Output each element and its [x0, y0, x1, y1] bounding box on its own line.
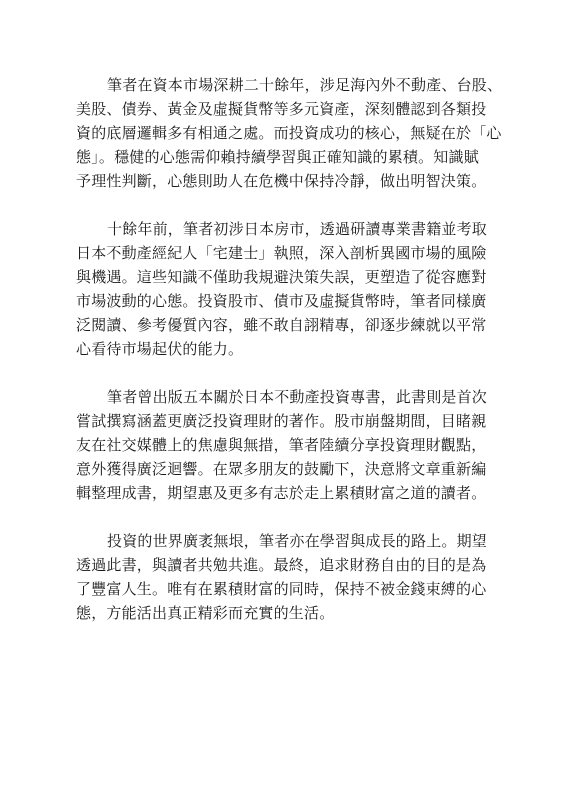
text-line: 態，方能活出真正精彩而充實的生活。 — [76, 601, 496, 625]
text-line: 予理性判斷，心態則助人在危機中保持冷靜，做出明智決策。 — [76, 169, 496, 193]
text-line: 友在社交媒體上的焦慮與無措，筆者陸續分享投資理財觀點， — [76, 433, 496, 457]
text-line: 市場波動的心態。投資股市、債市及虛擬貨幣時，筆者同樣廣 — [76, 289, 496, 313]
text-line: 心看待市場起伏的能力。 — [76, 337, 496, 361]
text-line: 泛閱讀、參考優質內容，雖不敢自詡精專，卻逐步練就以平常 — [76, 313, 496, 337]
paragraph-career-experience: 筆者在資本市場深耕二十餘年，涉足海內外不動產、台股、 美股、債券、黃金及虛擬貨幣… — [76, 73, 496, 193]
text-line: 了豐富人生。唯有在累積財富的同時，保持不被金錢束縛的心 — [76, 577, 496, 601]
paragraph-japan-real-estate: 十餘年前，筆者初涉日本房市，透過研讀專業書籍並考取 日本不動產經紀人「宅建士」執… — [76, 217, 496, 361]
text-line: 日本不動產經紀人「宅建士」執照，深入剖析異國市場的風險 — [76, 241, 496, 265]
text-line: 筆者曾出版五本關於日本不動產投資專書，此書則是首次 — [76, 385, 496, 409]
paragraph-book-origin: 筆者曾出版五本關於日本不動產投資專書，此書則是首次 嘗試撰寫涵蓋更廣泛投資理財的… — [76, 385, 496, 505]
text-line: 與機遇。這些知識不僅助我規避決策失誤，更塑造了從容應對 — [76, 265, 496, 289]
text-line: 十餘年前，筆者初涉日本房市，透過研讀專業書籍並考取 — [76, 217, 496, 241]
text-line: 筆者在資本市場深耕二十餘年，涉足海內外不動產、台股、 — [76, 73, 496, 97]
text-line: 資的底層邏輯多有相通之處。而投資成功的核心，無疑在於「心 — [76, 121, 496, 145]
text-line: 嘗試撰寫涵蓋更廣泛投資理財的著作。股市崩盤期間，目睹親 — [76, 409, 496, 433]
paragraph-closing: 投資的世界廣袤無垠，筆者亦在學習與成長的路上。期望 透過此書，與讀者共勉共進。最… — [76, 529, 496, 625]
document-page: 筆者在資本市場深耕二十餘年，涉足海內外不動產、台股、 美股、債券、黃金及虛擬貨幣… — [76, 73, 496, 649]
text-line: 意外獲得廣泛迴響。在眾多朋友的鼓勵下，決意將文章重新編 — [76, 457, 496, 481]
text-line: 投資的世界廣袤無垠，筆者亦在學習與成長的路上。期望 — [76, 529, 496, 553]
text-line: 輯整理成書，期望惠及更多有志於走上累積財富之道的讀者。 — [76, 481, 496, 505]
text-line: 透過此書，與讀者共勉共進。最終，追求財務自由的目的是為 — [76, 553, 496, 577]
text-line: 態」。穩健的心態需仰賴持續學習與正確知識的累積。知識賦 — [76, 145, 496, 169]
text-line: 美股、債券、黃金及虛擬貨幣等多元資產，深刻體認到各類投 — [76, 97, 496, 121]
